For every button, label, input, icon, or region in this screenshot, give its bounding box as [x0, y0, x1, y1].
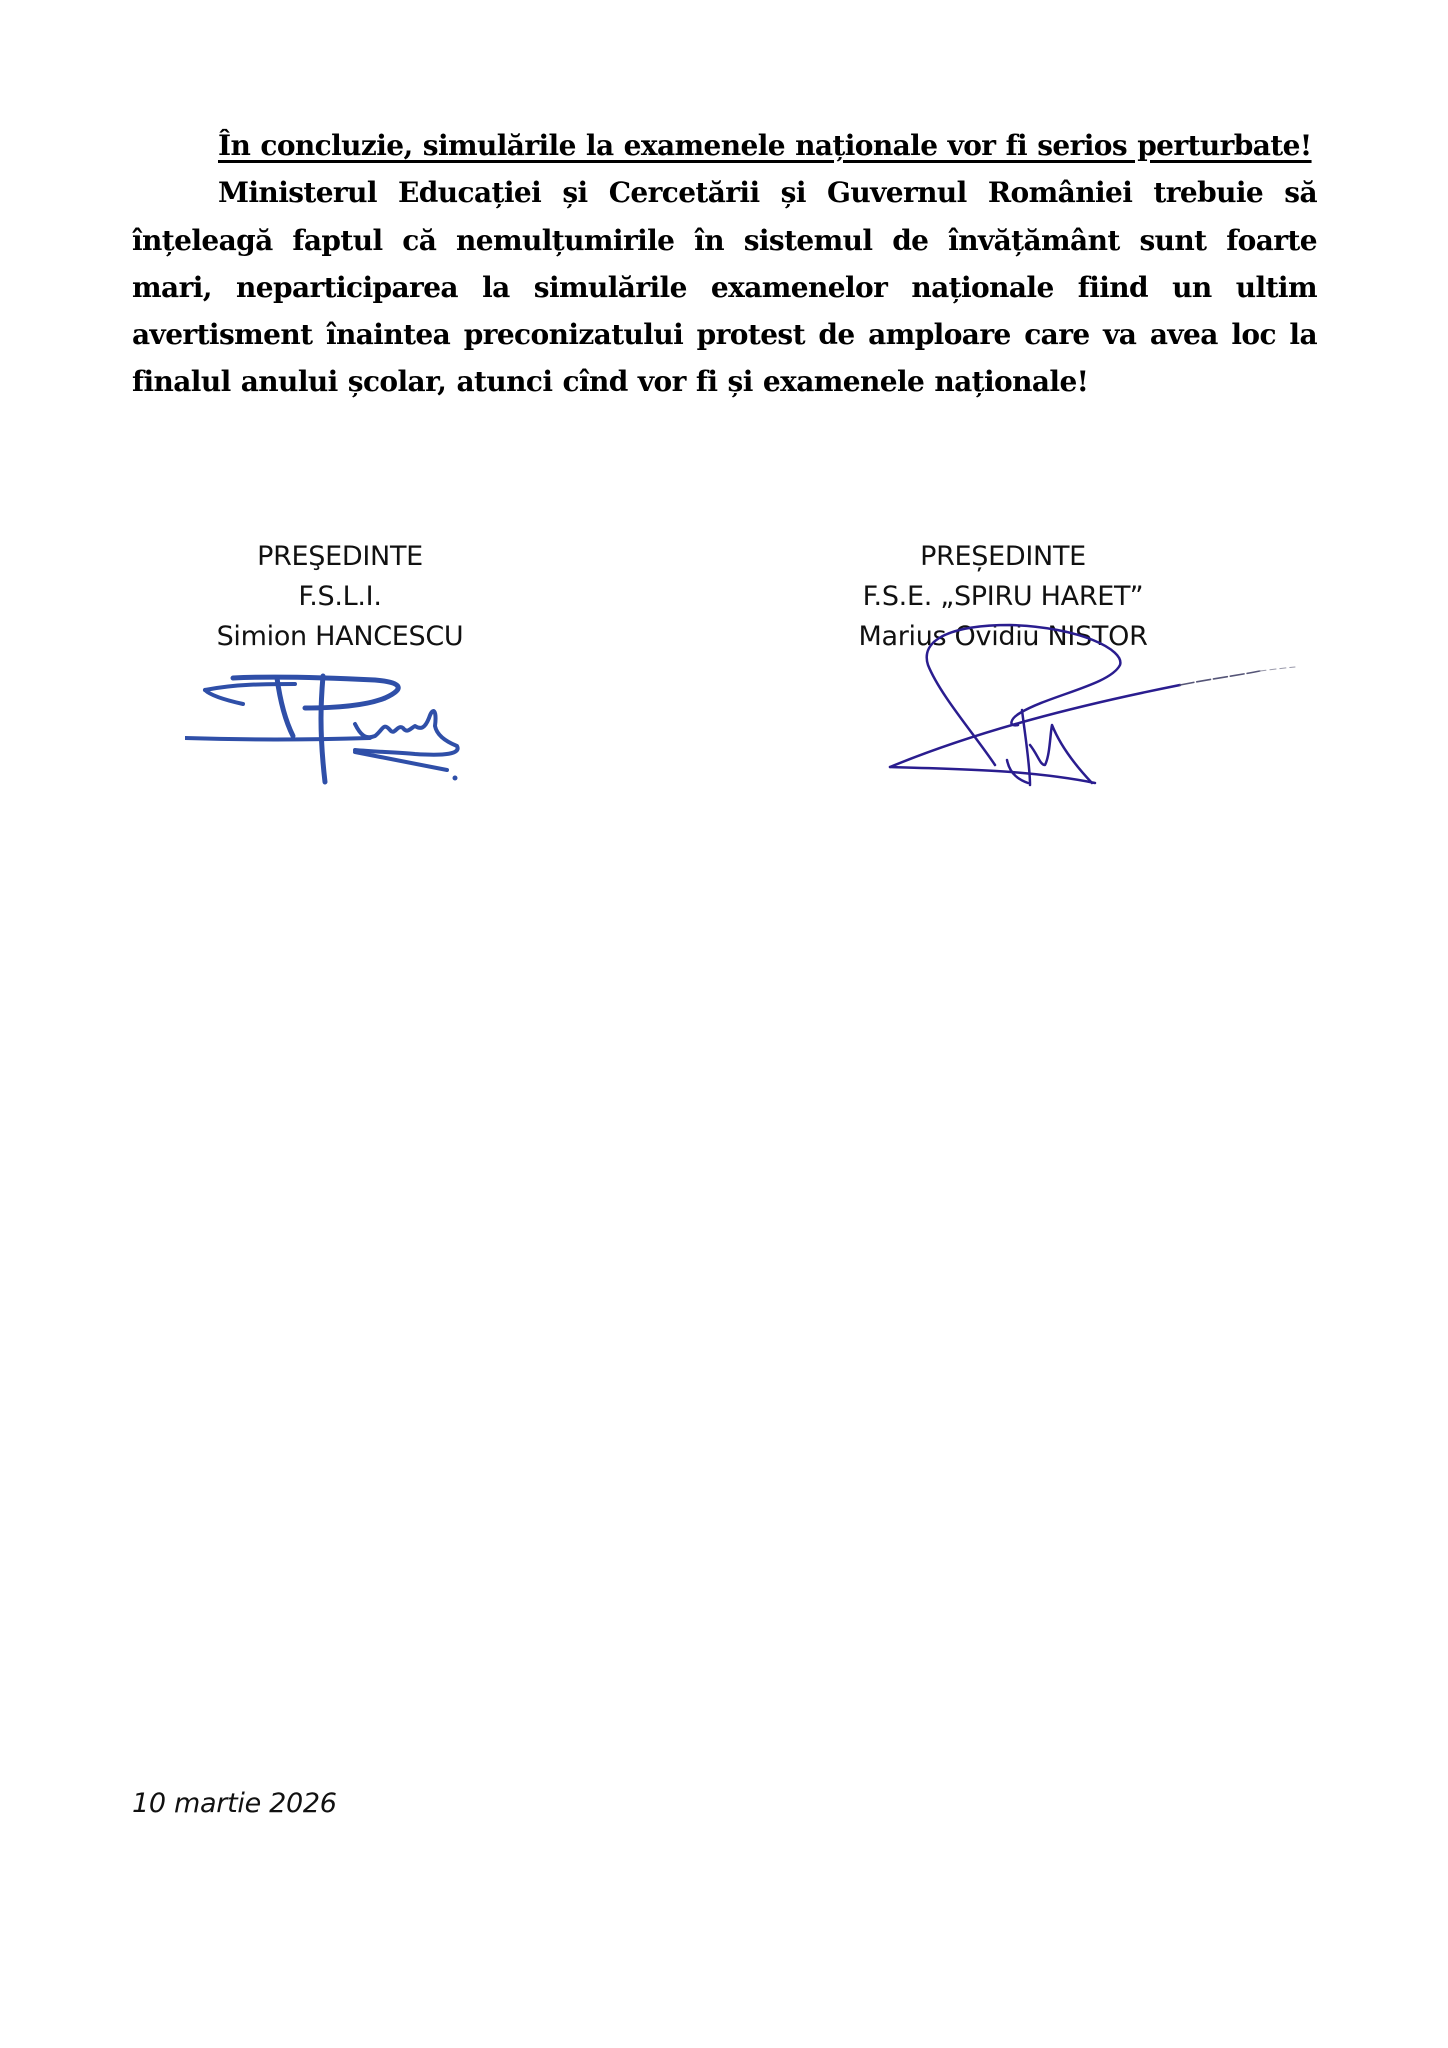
document-body: În concluzie, simulările la examenele na… [132, 122, 1317, 406]
signatory-left: PREŞEDINTE F.S.L.I. Simion HANCESCU [130, 537, 550, 657]
signatory-organization: F.S.E. „SPIRU HARET” [793, 577, 1213, 617]
document-date: 10 martie 2026 [132, 1788, 337, 1819]
signatory-title: PREŞEDINTE [130, 537, 550, 577]
signatory-organization: F.S.L.I. [130, 577, 550, 617]
handwritten-signature-left [185, 670, 505, 790]
conclusion-paragraph: În concluzie, simulările la examenele na… [132, 122, 1317, 169]
signatory-title: PREȘEDINTE [793, 537, 1213, 577]
warning-paragraph: Ministerul Educației și Cercetării și Gu… [132, 169, 1317, 405]
document-page: În concluzie, simulările la examenele na… [0, 0, 1448, 2048]
handwritten-signature-right [880, 615, 1300, 790]
signatory-name: Simion HANCESCU [130, 617, 550, 657]
